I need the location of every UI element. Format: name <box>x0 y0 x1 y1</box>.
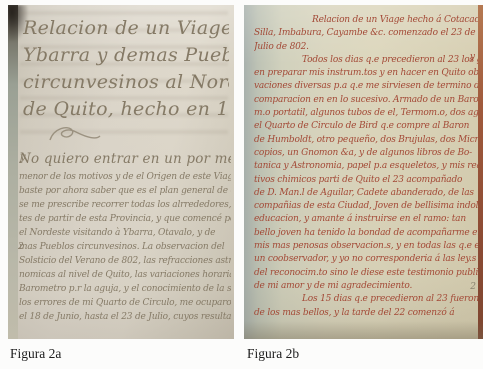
figure-caption-b: Figura 2b <box>247 346 299 362</box>
manuscript-line: copios, un Gnomon &a, y de algunos libro… <box>254 147 478 160</box>
manuscript-line: m.o portatil, algunos tubos de el, Termo… <box>254 107 478 120</box>
manuscript-line: los errores de mi Quarto de Circulo, me … <box>19 296 231 310</box>
manuscript-line: del reconocim.to sino le diese este test… <box>254 267 478 280</box>
manuscript-line: Relacion de un Viage hecho á Cotacache, … <box>254 14 478 27</box>
manuscript-line: Todos los dias q.e precedieron al 23 los… <box>254 54 478 67</box>
manuscript-line: comparacion en en lo sucesivo. Armado de… <box>254 94 478 107</box>
manuscript-line: tanica y Astronomia, papel p.a esqueleto… <box>254 160 478 173</box>
manuscript-line: Los 15 dias q.e precedieron al 23 fueron <box>254 293 478 306</box>
manuscript-line: el 18 de Junio, hasta el 23 de Julio, cu… <box>19 310 231 324</box>
manuscript-line: un coobservador, y yo no corresponderia … <box>254 253 478 266</box>
manuscript-line: Silla, Imbabura, Cayambe &c. comenzado e… <box>254 27 478 40</box>
manuscript-line: se me prescribe recorrer todas los alrre… <box>19 198 231 212</box>
manuscript-line: menor de los motivos y de el Origen de e… <box>19 170 231 184</box>
manuscript-photo-b: Relacion de un Viage hecho á Cotacache, … <box>244 5 483 339</box>
manuscript-line: vaciones diversas p.a q.e me sirviesen d… <box>254 80 478 93</box>
manuscript-line: compañias de esta Ciudad, Joven de belli… <box>254 200 478 213</box>
manuscript-body-a: No quiero entrar en un por menormenor de… <box>19 148 231 324</box>
manuscript-photo-a: Relacion de un Viage àYbarra y demas Pue… <box>8 5 234 339</box>
manuscript-line: tes de partir de esta Provincia, y que c… <box>19 212 231 226</box>
manuscript-line: de mi amor y de mi agradecimiento. <box>254 280 478 293</box>
margin-page-number-b: 2 <box>470 282 476 292</box>
manuscript-line: de Quito, hecho en 1802. <box>23 96 229 123</box>
manuscript-line: de D. Man.l de Aguilar, Cadete abanderad… <box>254 187 478 200</box>
manuscript-body-b: Relacion de un Viage hecho á Cotacache, … <box>254 14 478 320</box>
manuscript-line: baste por ahora saber que es el plan gen… <box>19 184 231 198</box>
manuscript-line: Solsticio del Verano de 802, las refracc… <box>19 254 231 268</box>
manuscript-title-a: Relacion de un Viage àYbarra y demas Pue… <box>23 15 229 123</box>
manuscript-line: nomicas al nivel de Quito, las variacion… <box>19 268 231 282</box>
photo-bottom-shadow <box>244 321 483 339</box>
manuscript-line: bello joven ha tenido la bondad de acomp… <box>254 227 478 240</box>
flourish-ornament <box>46 124 104 146</box>
manuscript-line: Relacion de un Viage à <box>23 15 229 42</box>
figure-caption-a: Figura 2a <box>10 346 61 362</box>
manuscript-line: mas Pueblos circunvesinos. La observacio… <box>19 240 231 254</box>
manuscript-line: de los mas bellos, y la tarde del 22 com… <box>254 307 478 320</box>
manuscript-line: mis mas penosas observacion.s, y en toda… <box>254 240 478 253</box>
book-binding-edge <box>8 5 18 339</box>
manuscript-line: Barometro p.r la aguja, y el conocimient… <box>19 282 231 296</box>
manuscript-line: el Quarto de Circulo de Bird q.e compre … <box>254 120 478 133</box>
manuscript-line: tivos chimicos parti de Quito el 23 acom… <box>254 174 478 187</box>
manuscript-line: circunvesinos al Nordeste <box>23 69 229 96</box>
manuscript-line: educacion, y amante á instruirse en el r… <box>254 213 478 226</box>
page-edge-strip <box>478 5 483 339</box>
manuscript-line: No quiero entrar en un por menor <box>19 148 231 170</box>
manuscript-line: Julio de 802. <box>254 41 478 54</box>
margin-mark-b: y <box>470 52 475 62</box>
manuscript-line: el Nordeste visitando à Ybarra, Otavalo,… <box>19 226 231 240</box>
margin-mark-a: y <box>20 152 26 163</box>
manuscript-line: de Humboldt, otro pequeño, dos Brujulas,… <box>254 134 478 147</box>
manuscript-line: Ybarra y demas Pueblos <box>23 42 229 69</box>
margin-page-number-a: 2 <box>18 242 24 252</box>
manuscript-line: en preparar mis instrum.tos y en hacer e… <box>254 67 478 80</box>
